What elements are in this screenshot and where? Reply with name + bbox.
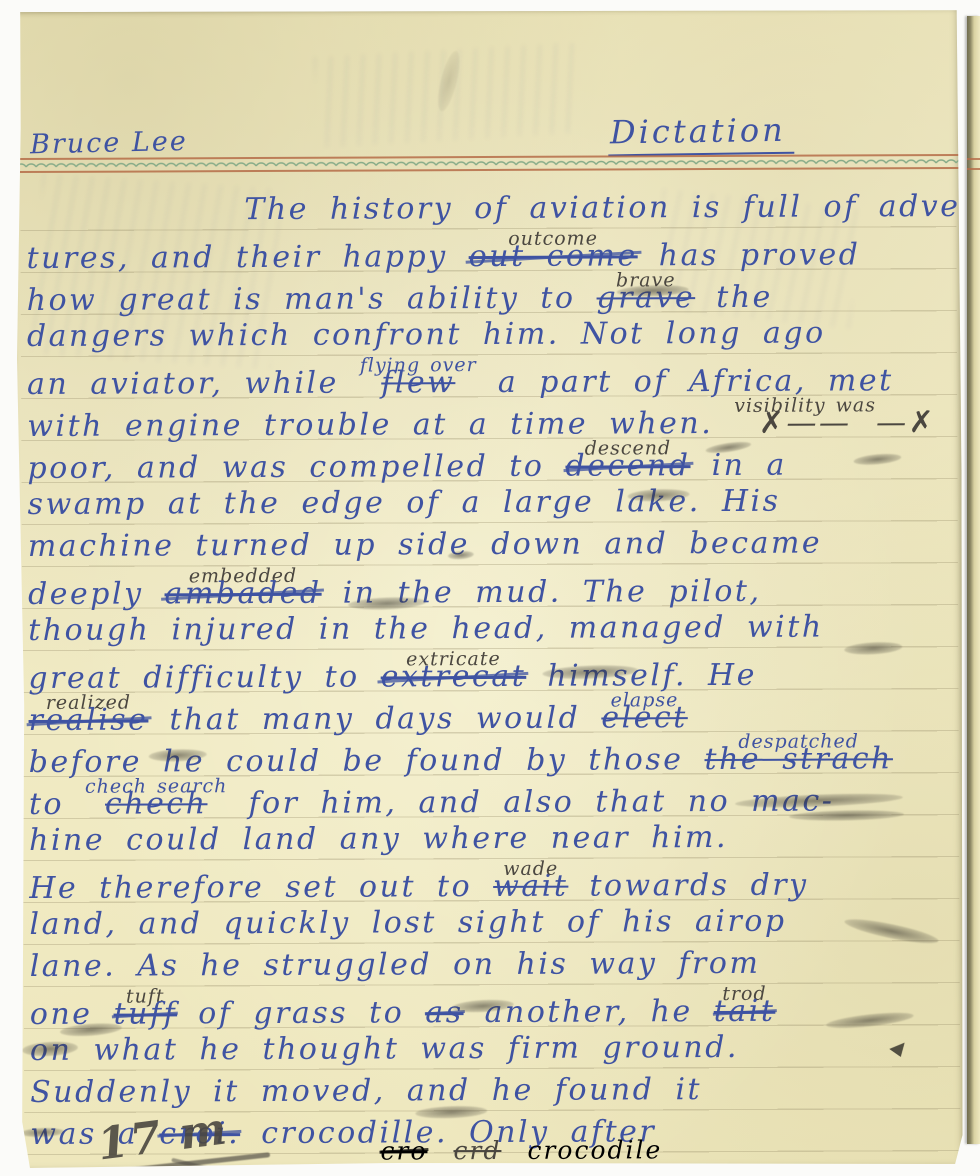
struck-word: decend (565, 451, 690, 482)
text-run: tures, and their happy (26, 239, 468, 276)
text-run: on what he thought was firm ground. (30, 1030, 739, 1068)
struck-word: crd (453, 1136, 501, 1165)
handwritten-line: though injured in the head, managed with (28, 606, 962, 652)
handwritten-line: The history of aviation is full of adven… (26, 186, 960, 232)
correction: embeddedambaded (164, 567, 321, 610)
text-run: how great is man's ability to (27, 281, 597, 318)
header-rule (16, 154, 960, 178)
handwritten-line: with engine trouble at a time when. visi… (27, 396, 961, 442)
handwritten-line: tures, and their happy outcomeout come h… (26, 228, 960, 274)
header-rule-red-line (967, 158, 980, 160)
handwritten-line: how great is man's ability to bravegrave… (27, 270, 961, 316)
notebook-page: Bruce Lee Dictation The history of aviat… (15, 8, 964, 1168)
correction: visibility was✗—— (734, 396, 876, 439)
text-run: deeply (28, 576, 165, 612)
text-run: an aviator, while (27, 366, 360, 402)
handwritten-line: lane. As he struggled on his way from (30, 942, 964, 988)
correction: descenddecend (565, 439, 690, 482)
inserted-word: despatched (704, 735, 893, 748)
header-rule-red-line (967, 168, 980, 170)
text-run: Suddenly it moved, and he found it (30, 1072, 702, 1110)
text-run: has proved (638, 237, 861, 273)
handwritten-line: realizedrealise that many days would ela… (28, 690, 962, 736)
text-run: that many days would (148, 701, 601, 738)
second-page-edge (967, 16, 980, 1144)
handwritten-line: poor, and was compelled to descenddecend… (27, 438, 961, 484)
text-run: —✗ (876, 405, 936, 440)
text-run: dangers which confront him. Not long ago (27, 316, 826, 354)
correction: despatchedthe strach (704, 732, 893, 775)
text-run: hine could land any where near him. (29, 820, 728, 858)
handwritten-line: machine turned up side down and became (28, 522, 962, 568)
text-run: of grass to (177, 995, 425, 1031)
text-run: though injured in the head, managed with (28, 610, 824, 648)
pencil-note-faint (434, 49, 464, 113)
handwritten-line: hine could land any where near him. (29, 816, 963, 862)
text-run: poor, and was compelled to (27, 449, 565, 486)
struck-word: tait (714, 997, 776, 1027)
struck-word: out come (469, 241, 638, 272)
correction: trodtait (714, 985, 776, 1027)
handwritten-line: swamp at the edge of a large lake. His (28, 480, 962, 526)
handwritten-line: an aviator, while flying overflew a part… (27, 354, 961, 400)
correction: extricateextrecat (381, 650, 527, 693)
correction: elapseelect (601, 691, 688, 733)
text-run: in a (690, 448, 787, 483)
text-run: before he could be found by those (29, 742, 705, 780)
correction: chech searchchech (85, 777, 228, 820)
inserted-word: chech search (85, 780, 227, 793)
scanned-document: Bruce Lee Dictation The history of aviat… (0, 0, 980, 1176)
correction: flying overflew (360, 356, 477, 399)
struck-word: extrecat (381, 662, 527, 693)
text-run: He therefore set out to (29, 869, 493, 906)
text-run: to (29, 787, 85, 822)
text-run: machine turned up side down and became (28, 526, 822, 564)
text-run: great difficulty to (28, 659, 380, 696)
footer-corrections: crocrdcrocodile (380, 1135, 688, 1165)
struck-word: tuff (113, 999, 177, 1029)
correction: realizedrealise (28, 693, 148, 736)
struck-word: as (425, 995, 463, 1030)
handwritten-line: great difficulty to extricateextrecat hi… (28, 648, 962, 694)
struck-word: ambaded (164, 579, 321, 610)
correction: wadewait (493, 860, 568, 902)
text-run: crocodile (527, 1135, 662, 1165)
inserted-word: visibility was (734, 399, 876, 412)
page-title: Dictation (608, 111, 794, 157)
text-run: land, and quickly lost sight of his airo… (29, 904, 786, 942)
struck-word: realise (29, 705, 149, 736)
inserted-word: wade (493, 863, 568, 875)
text-run: lane. As he struggled on his way from (30, 946, 761, 984)
inserted-word: flying over (360, 359, 477, 372)
text-run: towards dry (568, 868, 808, 904)
handwritten-line: He therefore set out to wadewait towards… (29, 858, 963, 904)
handwritten-line: Suddenly it moved, and he found it (30, 1068, 964, 1114)
handwritten-line: land, and quickly lost sight of his airo… (29, 900, 963, 946)
correction: tufttuff (113, 987, 177, 1029)
handwritten-line: dangers which confront him. Not long ago (27, 312, 961, 358)
struck-word: cro (380, 1136, 427, 1165)
student-name: Bruce Lee (30, 126, 188, 160)
inserted-word: elapse (601, 694, 688, 706)
text-run: the (695, 280, 773, 315)
handwritten-line: on what he thought was firm ground. (30, 1026, 964, 1072)
handwritten-line: deeply embeddedambaded in the mud. The p… (28, 564, 962, 610)
text-run: The history of aviation is full of adven… (244, 189, 964, 227)
correction: outcomeout come (469, 229, 638, 272)
